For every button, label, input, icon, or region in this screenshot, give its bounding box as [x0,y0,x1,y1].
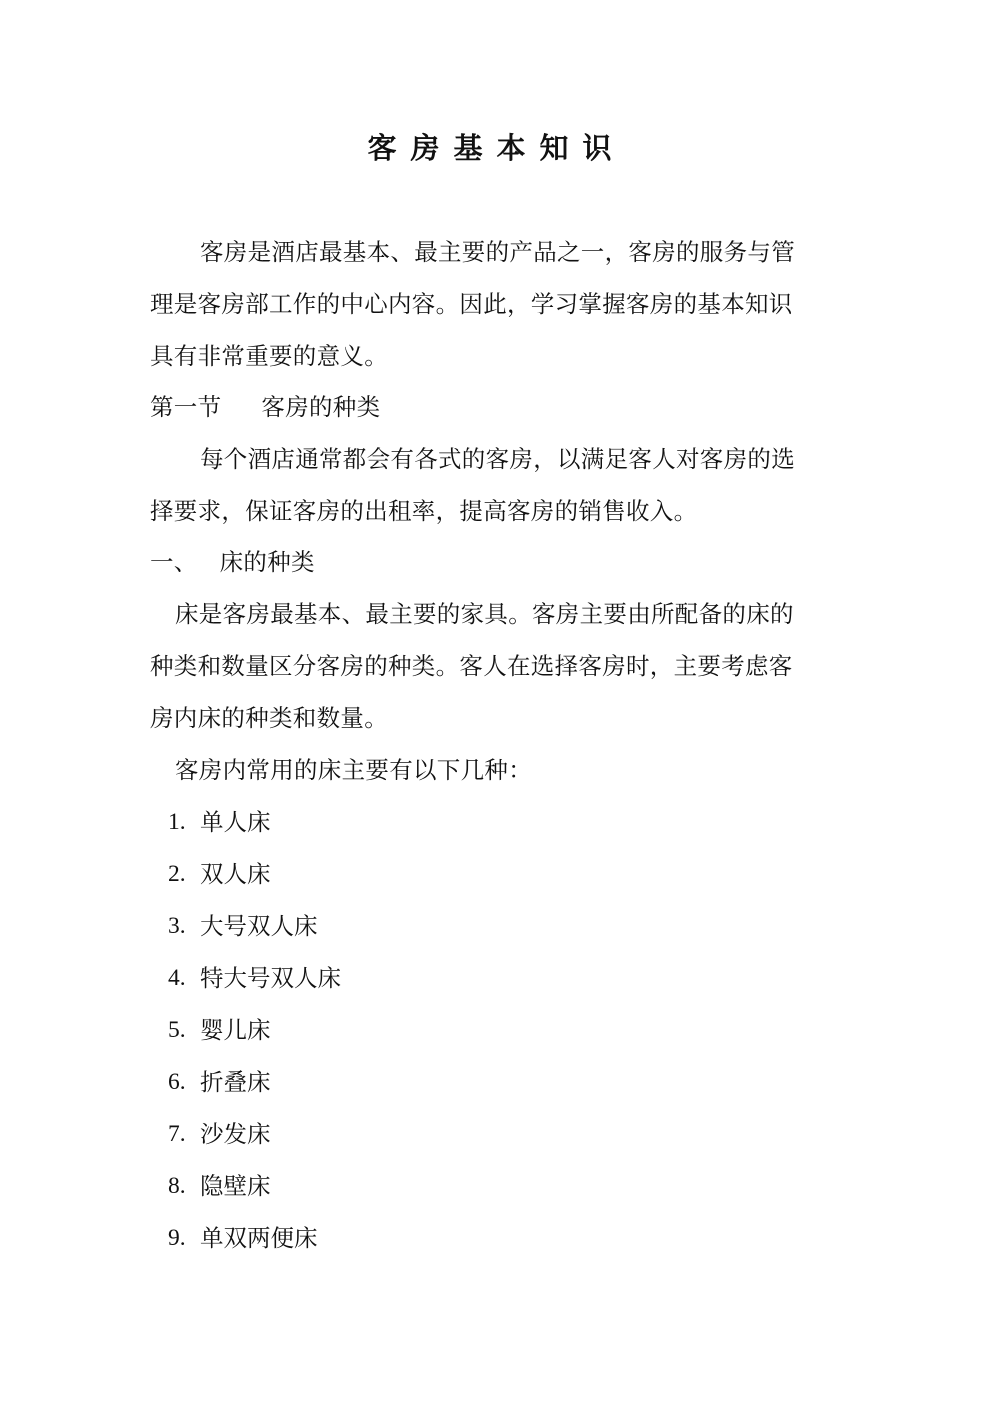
list-intro: 客房内常用的床主要有以下几种： [175,754,532,786]
subsection-title: 床的种类 [220,548,315,576]
list-number: 8. [168,1170,186,1202]
section-heading: 第一节客房的种类 [150,391,380,423]
list-text: 双人床 [200,858,271,890]
list-text: 婴儿床 [200,1014,271,1046]
document-title: 客房基本知识 [0,126,993,170]
list-number: 5. [168,1014,186,1046]
list-text: 大号双人床 [200,910,318,942]
intro-line-3: 具有非常重要的意义。 [150,340,388,372]
subsection-para-line-2: 种类和数量区分客房的种类。客人在选择客房时，主要考虑客 [150,650,793,682]
list-text: 特大号双人床 [200,962,341,994]
list-text: 单双两便床 [200,1222,318,1254]
subsection-heading: 一、床的种类 [150,546,315,578]
list-number: 6. [168,1066,186,1098]
intro-line-1: 客房是酒店最基本、最主要的产品之一，客房的服务与管 [200,236,795,268]
list-number: 1. [168,806,186,838]
list-text: 单人床 [200,806,271,838]
list-number: 3. [168,910,186,942]
list-number: 2. [168,858,186,890]
list-number: 9. [168,1222,186,1254]
section-para-line-1: 每个酒店通常都会有各式的客房，以满足客人对客房的选 [200,443,795,475]
list-text: 沙发床 [200,1118,271,1150]
subsection-para-line-1: 床是客房最基本、最主要的家具。客房主要由所配备的床的 [175,598,794,630]
section-title: 客房的种类 [261,393,380,421]
list-number: 4. [168,962,186,994]
list-text: 隐壁床 [200,1170,271,1202]
section-number: 第一节 [150,393,221,421]
intro-line-2: 理是客房部工作的中心内容。因此，学习掌握客房的基本知识 [150,288,793,320]
list-number: 7. [168,1118,186,1150]
list-text: 折叠床 [200,1066,271,1098]
subsection-number: 一、 [150,548,198,576]
subsection-para-line-3: 房内床的种类和数量。 [150,702,388,734]
section-para-line-2: 择要求，保证客房的出租率，提高客房的销售收入。 [150,495,697,527]
